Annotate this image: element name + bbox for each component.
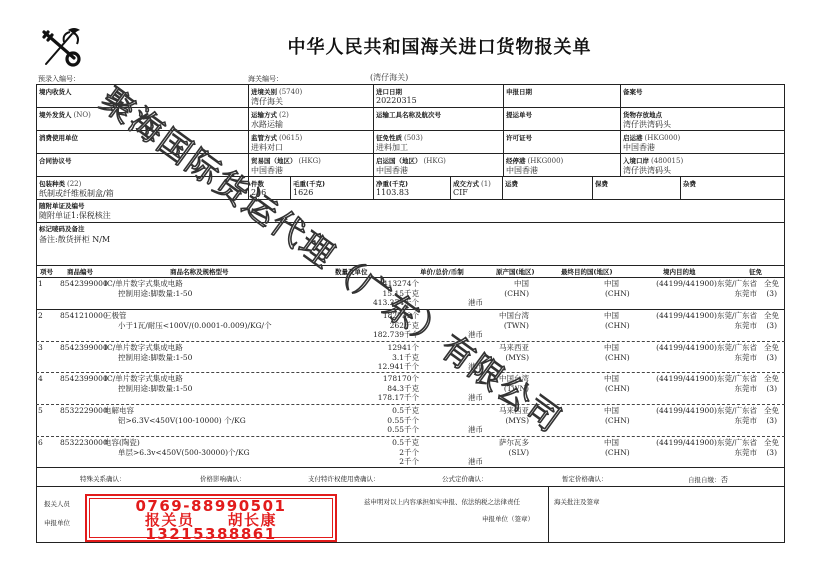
self-report-confirm: 自报自缴：否 [688, 474, 728, 485]
levy-nature-label: 征免性质(503) [376, 133, 423, 142]
goods-spec: 控制用途:脚数量:1-50 [118, 289, 192, 299]
qty-primary: 0.5千克 [392, 406, 419, 416]
item-no: 2 [38, 311, 43, 321]
origin-country: 马来西亚 [499, 343, 529, 353]
transport-mode-value: 水路运输 [251, 119, 283, 130]
qty-tertiary: 2千个 [399, 457, 419, 467]
qty-primary: 12941个 [388, 343, 419, 353]
levy-code: (3) [766, 448, 777, 458]
hs-code: 8542399000 [60, 343, 108, 353]
origin-country: 中国台湾 [499, 311, 529, 321]
levy-nature-value: 进料加工 [376, 142, 408, 153]
dest-country: 中国 [604, 438, 619, 448]
remarks-value: 备注:散货拼柜 N/M [39, 234, 110, 245]
customs-note-label: 海关批注及签章 [554, 497, 600, 506]
origin-code: (TWN) [504, 384, 529, 394]
qty-secondary: 2千个 [399, 448, 419, 458]
col-domestic-dest: 境内目的地 [663, 267, 696, 276]
entry-port-value: 湾仔洪湾码头 [623, 165, 671, 176]
dest-country: 中国 [604, 311, 619, 321]
supervision-label: 监管方式(0615) [251, 133, 302, 142]
dest-code: (CHN) [605, 289, 630, 299]
col-levy: 征免 [749, 267, 762, 276]
goods-spec: 控制用途:脚数量:1-50 [118, 353, 192, 363]
goods-name: IC/单片数字式集成电路 [104, 343, 183, 353]
dest-country: 中国 [604, 374, 619, 384]
col-price: 单价/总价/币制 [420, 267, 464, 276]
qty-primary: 182739个 [383, 311, 419, 321]
origin-country: 马来西亚 [499, 406, 529, 416]
pre-entry-label: 预录入编号： [38, 74, 80, 84]
origin-code: (CHN) [504, 289, 529, 299]
contract-no-label: 合同协议号 [39, 156, 72, 165]
domestic-city: 东莞市 [735, 448, 758, 458]
qty-tertiary: 0.55千个 [387, 425, 419, 435]
currency: 港币 [468, 362, 483, 372]
misc-fee-label: 杂费 [683, 179, 696, 188]
pieces-value: 216 [251, 188, 266, 197]
currency: 港币 [468, 330, 483, 340]
col-item-no: 项号 [40, 267, 53, 276]
declaring-unit-label: 申报单位 [44, 518, 70, 527]
origin-country-label: 启运国（地区）(HKG) [376, 156, 446, 165]
origin-country-value: 中国香港 [376, 165, 408, 176]
col-destination: 最终目的国(地区) [561, 267, 612, 276]
provisional-price-confirm: 暂定价格确认： [562, 474, 608, 483]
origin-code: (TWN) [504, 321, 529, 331]
transit-port-value: 中国香港 [506, 165, 538, 176]
dest-code: (CHN) [605, 321, 630, 331]
declarant-label: 报关人员 [44, 499, 70, 508]
currency: 港币 [468, 393, 483, 403]
net-weight-label: 净重(千克) [376, 179, 408, 188]
item-no: 1 [38, 279, 43, 289]
item-no: 6 [38, 438, 43, 448]
special-relation-confirm: 特殊关系确认： [80, 474, 126, 483]
declare-date-label: 申报日期 [506, 87, 532, 96]
supervision-value: 进料对口 [251, 142, 283, 153]
qty-tertiary: 182.739千个 [373, 330, 419, 340]
package-type-value: 纸制或纤维板制盒/箱 [39, 188, 114, 199]
goods-spec: 铝>6.3V<450V(100-10000) 个/KG [118, 416, 246, 426]
domestic-city: 东莞市 [735, 353, 758, 363]
domestic-city: 东莞市 [735, 416, 758, 426]
levy-code: (3) [766, 384, 777, 394]
document-title: 中华人民共和国海关进口货物报关单 [0, 33, 819, 59]
levy-mode: 全免 [764, 374, 779, 384]
origin-country: 萨尔瓦多 [499, 438, 529, 448]
levy-mode: 全免 [764, 279, 779, 289]
hs-code: 8542399000 [60, 374, 108, 384]
levy-mode: 全免 [764, 406, 779, 416]
goods-spec: 单层>6.3v<450V(500-30000)个/KG [118, 448, 250, 458]
goods-name: 电解电容 [104, 406, 134, 416]
dest-country: 中国 [604, 279, 619, 289]
col-name-spec: 商品名称及规格型号 [170, 267, 229, 276]
attached-docs-value: 随附单证1:保税核注 [39, 210, 111, 221]
import-date-label: 进口日期 [376, 87, 402, 96]
domestic-dest: (44199/441900)东莞/广东省 [656, 343, 757, 353]
domestic-dest: (44199/441900)东莞/广东省 [656, 438, 757, 448]
item-no: 3 [38, 343, 43, 353]
goods-spec: 小于1瓦/耐压<100V/(0.0001-0.009)/KG/个 [118, 321, 272, 331]
hs-code: 8542399000 [60, 279, 108, 289]
dest-code: (CHN) [605, 448, 630, 458]
domestic-dest: (44199/441900)东莞/广东省 [656, 374, 757, 384]
royalty-confirm: 支付特许权使用费确认： [308, 474, 380, 483]
levy-code: (3) [766, 416, 777, 426]
origin-country: 中国台湾 [499, 374, 529, 384]
consignor-label: 境外发货人(NO) [39, 110, 91, 119]
trade-country-value: 中国香港 [251, 165, 283, 176]
hs-code: 8532230000 [60, 438, 108, 448]
domestic-dest: (44199/441900)东莞/广东省 [656, 279, 757, 289]
col-hs-code: 商品编号 [67, 267, 93, 276]
trade-terms-value: CIF [453, 188, 468, 197]
levy-code: (3) [766, 353, 777, 363]
origin-country: 中国 [514, 279, 529, 289]
qty-primary: 0.5千克 [392, 438, 419, 448]
qty-secondary: 0.55千个 [387, 416, 419, 426]
domestic-dest: (44199/441900)东莞/广东省 [656, 406, 757, 416]
trade-country-label: 贸易国（地区）(HKG) [251, 156, 321, 165]
legal-statement: 兹申明对以上内容承担如实申报、依法纳税之法律责任 [364, 497, 520, 506]
formula-price-confirm: 公式定价确认： [442, 474, 488, 483]
insurance-label: 保费 [595, 179, 608, 188]
customs-no-value: (湾仔海关) [370, 72, 408, 83]
domestic-city: 东莞市 [735, 289, 758, 299]
origin-code: (MYS) [505, 416, 529, 426]
net-weight-value: 1103.83 [376, 188, 409, 197]
goods-name: 电容(陶瓷) [104, 438, 140, 448]
freight-label: 运费 [505, 179, 518, 188]
pieces-label: 件数 [251, 179, 264, 188]
vessel-label: 运输工具名称及航次号 [376, 110, 441, 119]
goods-name: 三极管 [104, 311, 127, 321]
hs-code: 8541210000 [60, 311, 108, 321]
domestic-city: 东莞市 [735, 384, 758, 394]
consignee-label: 境内收货人 [39, 87, 72, 96]
dest-code: (CHN) [605, 416, 630, 426]
levy-code: (3) [766, 321, 777, 331]
customs-no-label: 海关编号： [248, 74, 283, 84]
transit-port-label: 经停港(HKG000) [506, 156, 563, 165]
qty-primary: 178170个 [383, 374, 419, 384]
attached-docs-label: 随附单证及编号 [39, 201, 85, 210]
hs-code: 8532229000 [60, 406, 108, 416]
dest-country: 中国 [604, 343, 619, 353]
qty-tertiary: 413.274千个 [373, 298, 419, 308]
entry-customs-value: 湾仔海关 [251, 96, 283, 107]
entry-port-label: 入境口岸(480015) [623, 156, 683, 165]
record-no-label: 备案号 [623, 87, 643, 96]
departure-port-value: 中国香港 [623, 142, 655, 153]
levy-code: (3) [766, 289, 777, 299]
origin-code: (MYS) [505, 353, 529, 363]
domestic-city: 东莞市 [735, 321, 758, 331]
license-no-label: 许可证号 [506, 133, 532, 142]
currency: 港币 [468, 425, 483, 435]
entry-customs-label: 进境关别(5740) [251, 87, 302, 96]
gross-weight-label: 毛重(千克) [293, 179, 325, 188]
storage-place-value: 湾仔洪湾码头 [623, 119, 671, 130]
goods-name: IC/单片数字式集成电路 [104, 279, 183, 289]
domestic-dest: (44199/441900)东莞/广东省 [656, 311, 757, 321]
levy-mode: 全免 [764, 311, 779, 321]
departure-port-label: 启运港(HKG000) [623, 133, 680, 142]
qty-secondary: 84.3千克 [387, 384, 419, 394]
col-origin: 原产国(地区) [496, 267, 534, 276]
currency: 港币 [468, 457, 483, 467]
trade-terms-label: 成交方式(1) [453, 179, 491, 188]
price-influence-confirm: 价格影响确认： [200, 474, 246, 483]
origin-code: (SLV) [509, 448, 530, 458]
stamp-mobile: 13215388861 [87, 527, 335, 541]
qty-tertiary: 12.941千个 [378, 362, 419, 372]
item-no: 4 [38, 374, 43, 384]
item-no: 5 [38, 406, 43, 416]
storage-place-label: 货物存放地点 [623, 110, 662, 119]
dest-country: 中国 [604, 406, 619, 416]
col-quantity: 数量及单位 [335, 267, 368, 276]
package-type-label: 包装种类(22) [39, 179, 81, 188]
qty-secondary: 262千克 [390, 321, 419, 331]
levy-mode: 全免 [764, 343, 779, 353]
consumer-label: 消费使用单位 [39, 133, 78, 142]
qty-secondary: 15.15千克 [383, 289, 419, 299]
bill-no-label: 提运单号 [506, 110, 532, 119]
qty-tertiary: 178.17千个 [378, 393, 419, 403]
goods-spec: 控制用途:脚数量:1-50 [118, 384, 192, 394]
declarant-stamp: 0769-88990501 报关员 胡长康 13215388861 [85, 494, 337, 542]
transport-mode-label: 运输方式(2) [251, 110, 289, 119]
levy-mode: 全免 [764, 438, 779, 448]
goods-name: IC/单片数字式集成电路 [104, 374, 183, 384]
gross-weight-value: 1626 [293, 188, 313, 197]
qty-primary: 413274个 [383, 279, 419, 289]
import-date-value: 20220315 [376, 96, 417, 105]
currency: 港币 [468, 298, 483, 308]
unit-seal-label: 申报单位（签章） [482, 514, 534, 523]
dest-code: (CHN) [605, 353, 630, 363]
remarks-label: 标记唛码及备注 [39, 224, 85, 233]
dest-code: (CHN) [605, 384, 630, 394]
qty-secondary: 3.1千克 [392, 353, 419, 363]
